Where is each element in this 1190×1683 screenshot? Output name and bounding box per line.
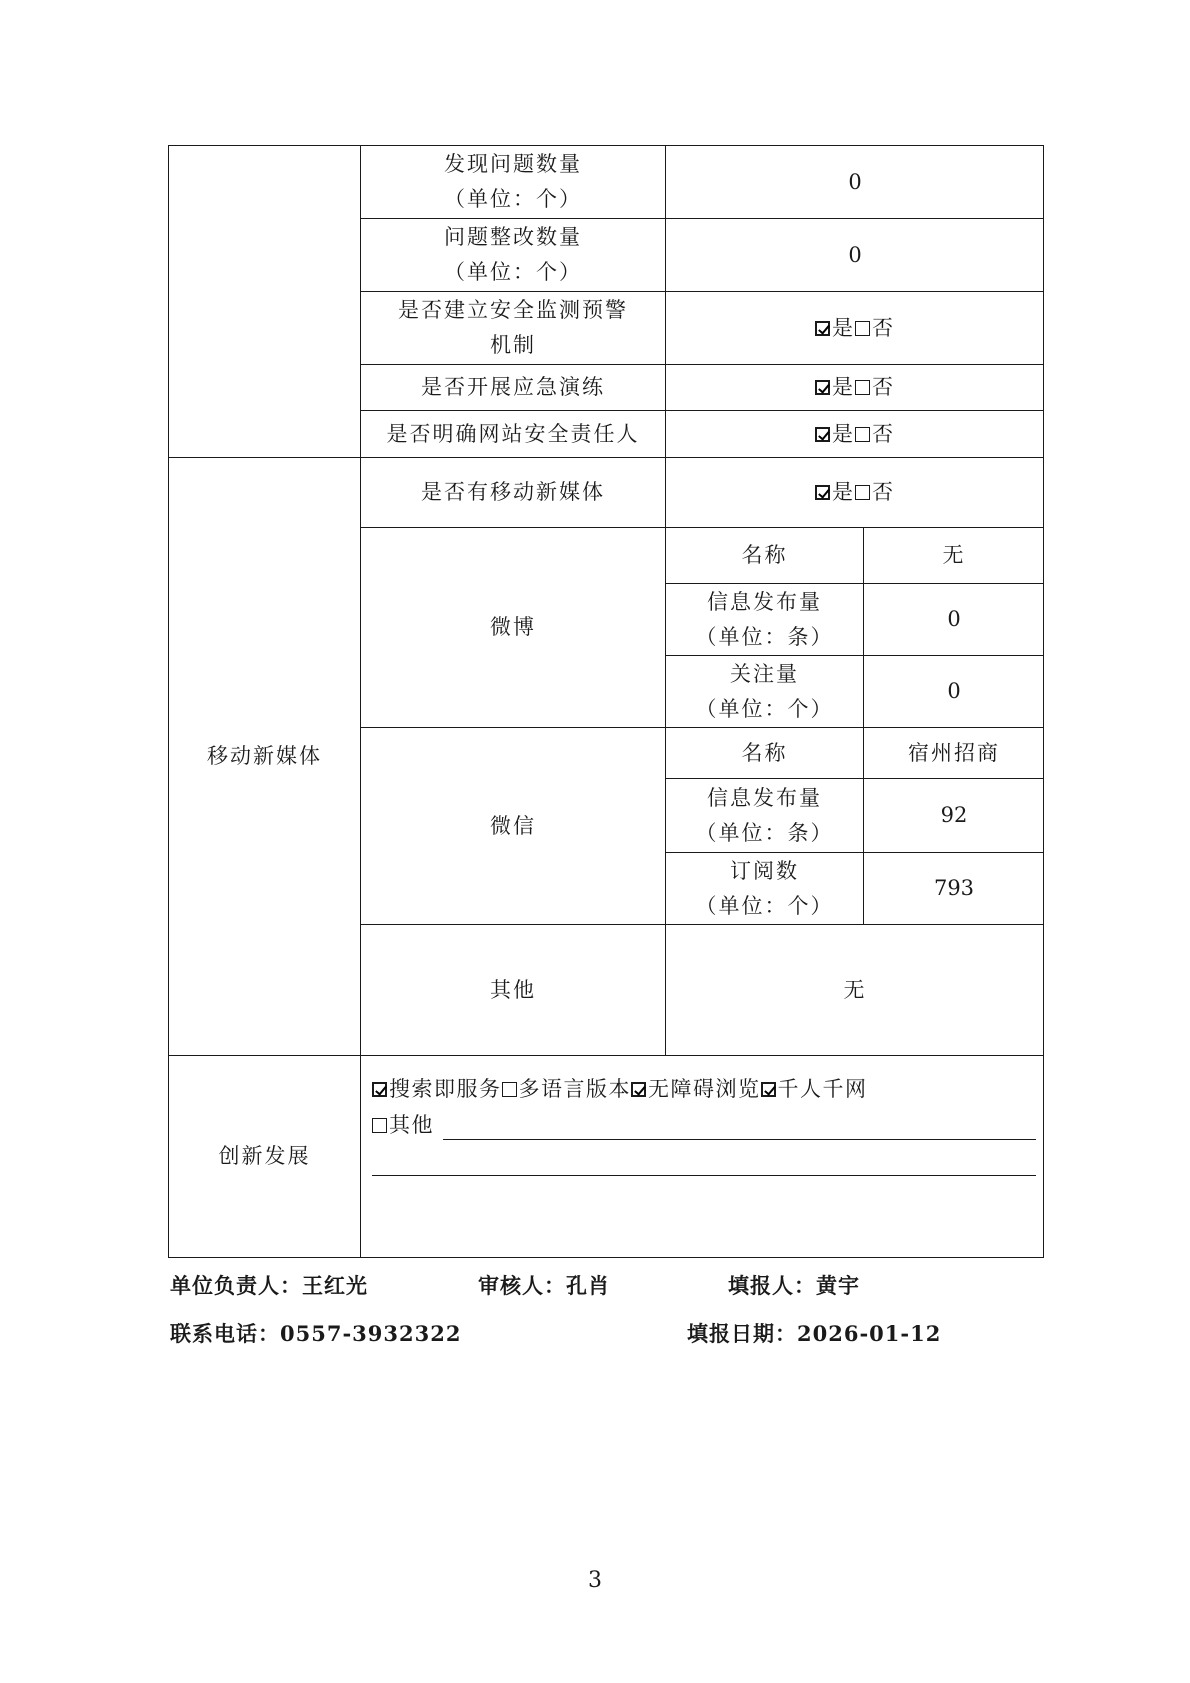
unit-text: （单位：个） xyxy=(444,182,582,217)
value-text: 无 xyxy=(844,973,867,1008)
label-text: 微信 xyxy=(490,809,536,844)
no-label: 否 xyxy=(872,311,895,346)
label-issues-fixed: 问题整改数量 （单位：个） xyxy=(361,219,665,291)
wechat-posts-value: 92 xyxy=(864,779,1044,852)
no-checkbox[interactable] xyxy=(855,380,870,395)
label-text-line2: 机制 xyxy=(490,328,536,363)
label-text: 其他 xyxy=(490,973,536,1008)
option-label: 其他 xyxy=(389,1113,434,1137)
section-label-mobile-media: 移动新媒体 xyxy=(169,458,360,1055)
label-text: 信息发布量 xyxy=(707,585,822,620)
no-label: 否 xyxy=(872,475,895,510)
label-text: 名称 xyxy=(742,736,788,771)
choice-has-mobile-media: 是否 xyxy=(666,458,1044,527)
other-checkbox[interactable] xyxy=(372,1118,387,1133)
weibo-name-label: 名称 xyxy=(666,528,863,583)
filler: 填报人：黄宇 xyxy=(728,1270,860,1300)
search-service-checkbox-checked[interactable] xyxy=(372,1082,387,1097)
value-text: 793 xyxy=(934,871,974,906)
yes-checkbox-checked[interactable] xyxy=(815,427,830,442)
label-monitoring-mechanism: 是否建立安全监测预警 机制 xyxy=(361,292,665,364)
unit-text: （单位：条） xyxy=(696,816,834,851)
label-issues-found: 发现问题数量 （单位：个） xyxy=(361,146,665,218)
label-text: 是否有移动新媒体 xyxy=(421,475,605,510)
value-issues-fixed: 0 xyxy=(666,219,1044,291)
wechat-name-value: 宿州招商 xyxy=(864,728,1044,778)
fill-date: 填报日期：2026-01-12 xyxy=(687,1318,941,1348)
wechat-posts-label: 信息发布量 （单位：条） xyxy=(666,779,863,852)
weibo-followers-value: 0 xyxy=(864,656,1044,727)
weibo-posts-value: 0 xyxy=(864,584,1044,655)
no-label: 否 xyxy=(872,417,895,452)
label-wechat: 微信 xyxy=(361,728,665,924)
choice-monitoring-mechanism: 是否 xyxy=(666,292,1044,364)
unit-text: （单位：个） xyxy=(696,692,834,727)
section-label-innovation: 创新发展 xyxy=(169,1056,360,1257)
accessibility-checkbox-checked[interactable] xyxy=(631,1082,646,1097)
innovation-other: 其他 xyxy=(372,1110,434,1140)
label-text: 订阅数 xyxy=(730,854,799,889)
other-input-line-2[interactable] xyxy=(372,1175,1036,1176)
option-label: 搜索即服务 xyxy=(389,1077,502,1101)
label-other-media: 其他 xyxy=(361,925,665,1055)
label-emergency-drill: 是否开展应急演练 xyxy=(361,365,665,410)
yes-checkbox-checked[interactable] xyxy=(815,380,830,395)
label-text: 是否开展应急演练 xyxy=(421,370,605,405)
unit-text: （单位：个） xyxy=(444,255,582,290)
unit-head: 单位负责人：王红光 xyxy=(170,1270,368,1300)
wechat-subscribers-label: 订阅数 （单位：个） xyxy=(666,853,863,924)
table-border-bottom xyxy=(168,1257,1044,1258)
choice-emergency-drill: 是否 xyxy=(666,365,1044,410)
personalization-checkbox-checked[interactable] xyxy=(761,1082,776,1097)
option-label: 多语言版本 xyxy=(519,1077,632,1101)
yes-label: 是 xyxy=(832,311,855,346)
page-number: 3 xyxy=(585,1568,605,1593)
value-text: 92 xyxy=(941,798,968,833)
label-text: 关注量 xyxy=(730,657,799,692)
unit-text: （单位：个） xyxy=(696,889,834,924)
choice-security-owner: 是否 xyxy=(666,411,1044,457)
report-page: 发现问题数量 （单位：个） 0 问题整改数量 （单位：个） 0 是否建立安全监测… xyxy=(0,0,1190,1683)
wechat-name-label: 名称 xyxy=(666,728,863,778)
label-security-owner: 是否明确网站安全责任人 xyxy=(361,411,665,457)
label-text: 是否明确网站安全责任人 xyxy=(387,417,640,452)
no-label: 否 xyxy=(872,370,895,405)
weibo-name-value: 无 xyxy=(864,528,1044,583)
label-text: 是否建立安全监测预警 xyxy=(398,293,628,328)
value-text: 宿州招商 xyxy=(908,736,1000,771)
yes-checkbox-checked[interactable] xyxy=(815,321,830,336)
weibo-posts-label: 信息发布量 （单位：条） xyxy=(666,584,863,655)
label-has-mobile-media: 是否有移动新媒体 xyxy=(361,458,665,527)
innovation-options: 搜索即服务多语言版本无障碍浏览千人千网 xyxy=(372,1074,868,1104)
label-text: 发现问题数量 xyxy=(444,147,582,182)
label-weibo: 微博 xyxy=(361,528,665,727)
yes-label: 是 xyxy=(832,370,855,405)
wechat-subscribers-value: 793 xyxy=(864,853,1044,924)
no-checkbox[interactable] xyxy=(855,321,870,336)
other-input-line[interactable] xyxy=(443,1139,1036,1140)
no-checkbox[interactable] xyxy=(855,485,870,500)
unit-text: （单位：条） xyxy=(696,620,834,655)
value-text: 无 xyxy=(943,538,966,573)
value-other-media: 无 xyxy=(666,925,1044,1055)
section-label: 创新发展 xyxy=(219,1139,311,1174)
yes-label: 是 xyxy=(832,417,855,452)
option-label: 无障碍浏览 xyxy=(648,1077,761,1101)
contact-phone: 联系电话：0557-3932322 xyxy=(170,1318,461,1348)
value-text: 0 xyxy=(947,674,960,709)
section-label: 移动新媒体 xyxy=(207,739,322,774)
label-text: 名称 xyxy=(742,538,788,573)
label-text: 问题整改数量 xyxy=(444,220,582,255)
label-text: 信息发布量 xyxy=(707,781,822,816)
option-label: 千人千网 xyxy=(778,1077,868,1101)
label-text: 微博 xyxy=(490,610,536,645)
value-issues-found: 0 xyxy=(666,146,1044,218)
reviewer: 审核人：孔肖 xyxy=(478,1270,610,1300)
value-text: 0 xyxy=(848,238,861,273)
value-text: 0 xyxy=(848,165,861,200)
yes-checkbox-checked[interactable] xyxy=(815,485,830,500)
weibo-followers-label: 关注量 （单位：个） xyxy=(666,656,863,727)
no-checkbox[interactable] xyxy=(855,427,870,442)
value-text: 0 xyxy=(947,602,960,637)
yes-label: 是 xyxy=(832,475,855,510)
multilingual-checkbox[interactable] xyxy=(502,1082,517,1097)
